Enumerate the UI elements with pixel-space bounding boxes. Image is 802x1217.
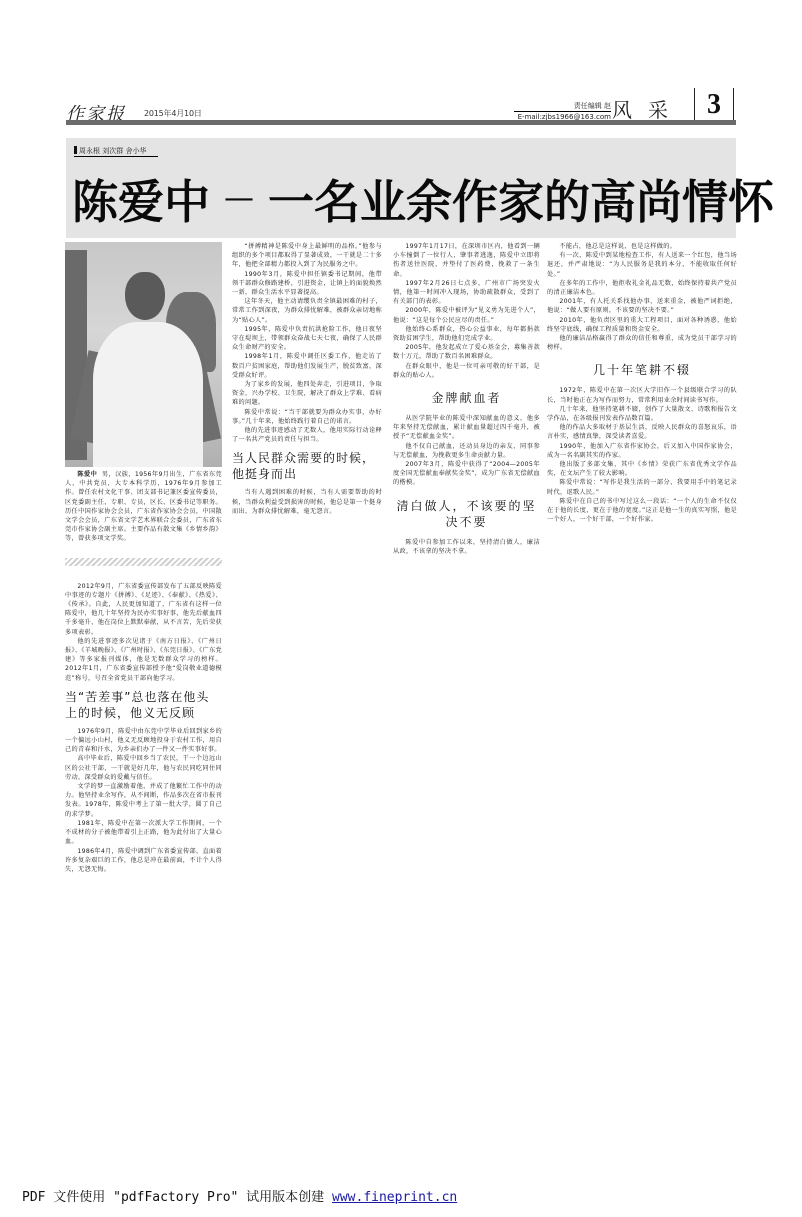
- headline-title: 一名业余作家的高尚情怀: [268, 175, 774, 229]
- paragraph: 1986年4月，陈爱中调到广东省委宣传部，直面着许多复杂艰巨的工作，他总是冲在最…: [65, 847, 222, 875]
- paragraph: 他的廉洁品格赢得了群众的信任和尊重，成为党员干部学习的榜样。: [547, 334, 737, 352]
- headline-band: 周永根 刘次群 舍小华 陈爱中—一名业余作家的高尚情怀: [66, 138, 736, 238]
- newspaper-page: 作家报 2015年4月10日 责任编辑 赵 E-mail:zjbs1966@16…: [0, 0, 802, 1217]
- pdf-watermark-footer: PDF 文件使用 "pdfFactory Pro" 试用版本创建 www.fin…: [22, 1186, 457, 1205]
- paragraph: 2010年，他负责区里的重大工程项目，面对各种诱惑，他始终坚守底线，确保工程质量…: [547, 316, 737, 334]
- masthead-rule: [66, 120, 736, 125]
- section-heading-blood: 金牌献血者: [393, 390, 540, 406]
- bylines: 周永根 刘次群 舍小华: [74, 146, 158, 157]
- section-heading-integrity: 清白做人，不该要的坚决不要: [393, 498, 540, 530]
- paragraph: 2005年，他发起成立了爱心基金会，募集善款数十万元，帮助了数百名困难群众。: [393, 343, 540, 361]
- portrait-photo: [65, 242, 222, 467]
- headline-dash: —: [224, 181, 254, 216]
- section-heading-hardship: 当“苦差事”总也落在他头上的时候，他义无反顾: [65, 689, 222, 721]
- fineprint-link[interactable]: www.fineprint.cn: [332, 1190, 457, 1205]
- paragraph: 1976年9月，陈爱中由东莞中学毕业后回到家乡的一个偏远小山村，他义无反顾地投身…: [65, 727, 222, 755]
- paragraph: 2007年3月，陈爱中获得了“2004—2005年度全国无偿献血奉献奖金奖”，成…: [393, 460, 540, 488]
- paragraph: 2000年，陈爱中被评为“见义勇为先进个人”，他说：“这是每个公民应尽的责任。”: [393, 306, 540, 324]
- paragraph: 他的先进事迹感动了无数人，他用实际行动诠释了一名共产党员的责任与担当。: [232, 426, 382, 444]
- paragraph: 1990年，他加入广东省作家协会，后又加入中国作家协会，成为一名名副其实的作家。: [547, 442, 737, 460]
- paragraph: 他出版了多部文集，其中《乡情》荣获广东省优秀文学作品奖，在文坛产生了较大影响。: [547, 460, 737, 478]
- paragraph: 从医学院毕业的陈爱中深知献血的意义，他多年来坚持无偿献血，累计献血量超过四千毫升…: [393, 414, 540, 442]
- paragraph: 有一次，陈爱中到某地检查工作，有人送来一个红包，他当场退还，并严肃地说：“为人民…: [547, 251, 737, 279]
- paragraph: 1998年1月，陈爱中调任区委工作，他走访了数百户贫困家庭，帮助他们发展生产，脱…: [232, 352, 382, 380]
- column-1: 陈爱中 男，汉族，1956年9月出生，广东省东莞人，中共党员，大专本科学历，19…: [65, 242, 222, 1182]
- paragraph: “拼搏精神是陈爱中身上最鲜明的品格。”他参与组织的多个项目都取得了显著成效，一干…: [232, 242, 382, 270]
- paragraph: 2001年，有人托关系找他办事，送来重金，被他严词拒绝，他说：“做人要有原则，不…: [547, 297, 737, 315]
- paragraph: 为了家乡的发展，他四处奔走，引进项目，争取资金，兴办学校、卫生院，解决了群众上学…: [232, 380, 382, 408]
- headline: 陈爱中—一名业余作家的高尚情怀: [72, 166, 774, 232]
- paragraph: 1997年2月26日七点多，广州市广场突发火情，他第一时间冲入现场，协助疏散群众…: [393, 279, 540, 307]
- paragraph: 他始终心系群众，热心公益事业，每年都捐款资助贫困学生，帮助他们完成学业。: [393, 325, 540, 343]
- byline-marker-icon: [74, 146, 77, 154]
- paragraph: 在多年的工作中，他拒收礼金礼品无数，始终保持着共产党员的清正廉洁本色。: [547, 279, 737, 297]
- page-number: 3: [694, 88, 734, 122]
- paragraph: 几十年来，他坚持笔耕不辍，创作了大量散文、诗歌和报告文学作品，在各级报刊发表作品…: [547, 405, 737, 423]
- paragraph: 1972年，陈爱中在第一次区大学旧作一个县级联合学习的队长，当时他正在为写作而努…: [547, 386, 737, 404]
- paragraph: 文学的梦一直激励着他，并成了他繁忙工作中的动力。他坚持业余写作，从不间断，作品多…: [65, 782, 222, 819]
- paragraph: 陈爱中常说：“当干部就要为群众办实事，办好事。”几十年来，他始终践行着自己的诺言…: [232, 408, 382, 426]
- paragraph: 不能占，他总是这样说，也是这样做的。: [547, 242, 737, 251]
- column-4: 不能占，他总是这样说，也是这样做的。 有一次，陈爱中到某地检查工作，有人送来一个…: [547, 242, 737, 1182]
- paragraph: 2012年9月，广东省委宣传部发布了五部反映陈爱中事迹的专题片《拼搏》、《足迹》…: [65, 582, 222, 637]
- paragraph: 陈爱中在自己的书中写过这么一段话：“一个人的生命不仅仅在于他的长度，更在于他的宽…: [547, 497, 737, 525]
- headline-name: 陈爱中: [72, 175, 210, 229]
- paragraph: 当有人遇到困难的时候，当有人需要帮助的时候，当群众利益受到损害的时候，他总是第一…: [232, 488, 382, 516]
- paragraph: 他的作品大多取材于基层生活，反映人民群众的喜怒哀乐，语言朴实，感情真挚，深受读者…: [547, 423, 737, 441]
- issue-date: 2015年4月10日: [144, 108, 202, 119]
- section-heading-writing: 几十年笔耕不辍: [547, 362, 737, 378]
- pdf-notice: PDF 文件使用 "pdfFactory Pro" 试用版本创建: [22, 1190, 332, 1205]
- section-name: 风采: [612, 94, 684, 123]
- paragraph: 他的先进事迹多次见诸于《南方日报》、《广州日报》、《羊城晚报》、《广州时报》、《…: [65, 637, 222, 683]
- paragraph: 在群众眼中，他是一位可亲可敬的好干部，是群众的贴心人。: [393, 362, 540, 380]
- paragraph: 1990年3月，陈爱中担任镇委书记期间，他带领干部群众修路建桥，引进资金，让镇上…: [232, 270, 382, 298]
- photo-caption: 陈爱中 男，汉族，1956年9月出生，广东省东莞人，中共党员，大专本科学历，19…: [65, 470, 222, 544]
- paragraph: 他不仅自己献血，还动员身边的亲友、同事参与无偿献血，为挽救更多生命贡献力量。: [393, 442, 540, 460]
- paragraph: 这年冬天，他主动请缨负责全镇最困难的村子，常常工作到深夜，为群众排忧解难，被群众…: [232, 297, 382, 325]
- paragraph: 高中毕业后，陈爱中回乡当了农民，干一个边远山区的公社干部，一干就是好几年，他与农…: [65, 754, 222, 782]
- column-2: “拼搏精神是陈爱中身上最鲜明的品格。”他参与组织的多个项目都取得了显著成效，一干…: [232, 242, 382, 1182]
- paragraph: 1997年1月17日，在深圳市区内，他看到一辆小车撞倒了一位行人，肇事者逃逸，陈…: [393, 242, 540, 279]
- paragraph: 1995年，陈爱中负责抗洪抢险工作，他日夜坚守在堤坝上，带领群众奋战七天七夜，确…: [232, 325, 382, 353]
- column-3: 1997年1月17日，在深圳市区内，他看到一辆小车撞倒了一位行人，肇事者逃逸，陈…: [393, 242, 540, 1182]
- hatch-divider: [65, 558, 222, 566]
- paragraph: 陈爱中常说：“写作是我生活的一部分，我要用手中的笔记录时代，讴歌人民。”: [547, 478, 737, 496]
- paragraph: 陈爱中自参加工作以来，坚持清白做人，廉洁从政，不该拿的坚决不拿。: [393, 538, 540, 556]
- editor-line: 责任编辑 赵: [514, 101, 611, 112]
- section-heading-masses: 当人民群众需要的时候，他挺身而出: [232, 450, 382, 482]
- paragraph: 1981年，陈爱中在第一次派大学工作期间，一个不成材的分子被他带着引上正路，他为…: [65, 819, 222, 847]
